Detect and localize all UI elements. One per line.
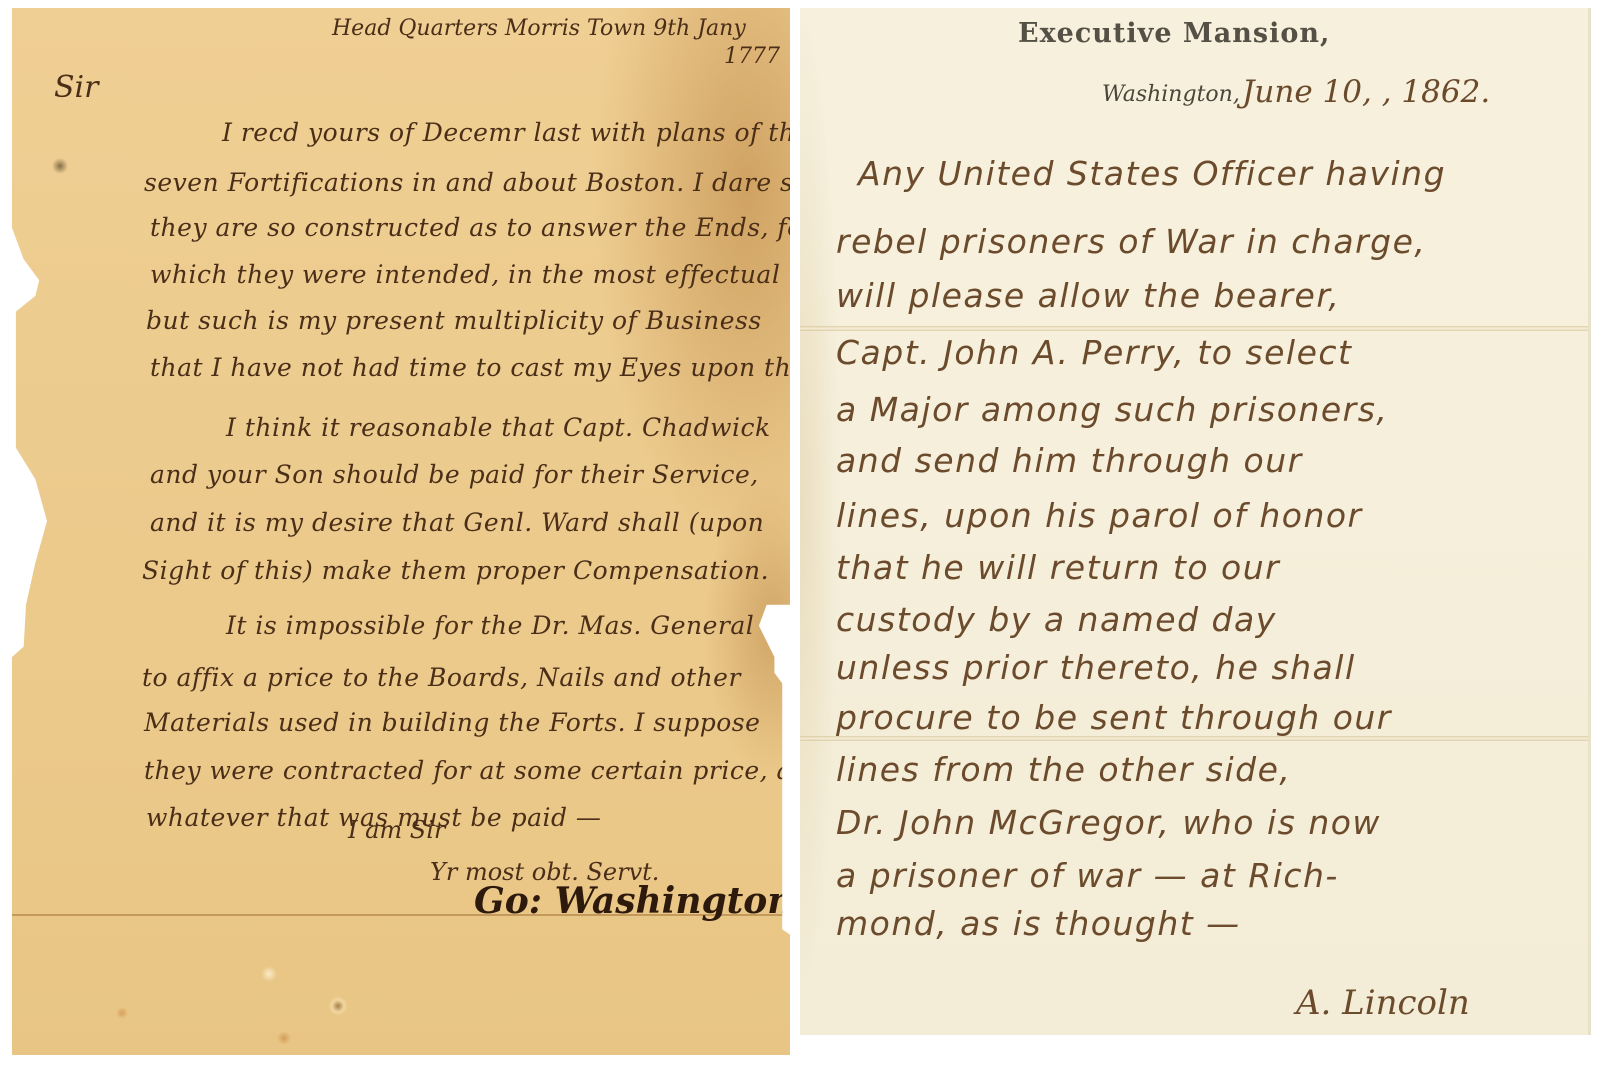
body-line: I recd yours of Decemr last with plans o… bbox=[222, 118, 811, 147]
body-line: mond, as is thought — bbox=[836, 904, 1241, 943]
washington-letter-page: Head Quarters Morris Town 9th Jany 1777 … bbox=[12, 8, 790, 1055]
body-line: that I have not had time to cast my Eyes… bbox=[150, 353, 831, 382]
body-line: rebel prisoners of War in charge, bbox=[836, 222, 1426, 261]
letter-place: Washington, bbox=[1102, 82, 1240, 107]
body-line: Any United States Officer having bbox=[858, 154, 1446, 193]
letter-year: 1777 bbox=[724, 44, 780, 69]
closing-line: I am Sir bbox=[348, 816, 445, 844]
body-line: that he will return to our bbox=[836, 548, 1280, 587]
body-line: a prisoner of war — at Rich- bbox=[836, 856, 1339, 895]
paper-fold-line bbox=[800, 326, 1588, 331]
signature-washington: Go: Washington bbox=[474, 880, 793, 922]
signature-lincoln: A. Lincoln bbox=[1296, 983, 1470, 1023]
body-line: lines, upon his parol of honor bbox=[836, 496, 1363, 535]
body-line: Capt. John A. Perry, to select bbox=[836, 333, 1353, 372]
salutation: Sir bbox=[54, 70, 99, 105]
body-line: Materials used in building the Forts. I … bbox=[144, 708, 760, 737]
body-line: they were contracted for at some certain… bbox=[144, 756, 825, 785]
body-line: Sight of this) make them proper Compensa… bbox=[142, 556, 769, 585]
body-line: Dr. John McGregor, who is now bbox=[836, 803, 1381, 842]
body-line: I think it reasonable that Capt. Chadwic… bbox=[226, 413, 771, 442]
body-line: which they were intended, in the most ef… bbox=[150, 260, 889, 289]
letter-date: June 10, , 1862. bbox=[1242, 74, 1490, 110]
body-line: procure to be sent through our bbox=[836, 698, 1392, 737]
body-line: lines from the other side, bbox=[836, 750, 1291, 789]
letterhead: Executive Mansion, bbox=[1018, 18, 1330, 49]
lincoln-letter-page: Executive Mansion, Washington, June 10, … bbox=[800, 8, 1591, 1035]
body-line: will please allow the bearer, bbox=[836, 276, 1340, 315]
body-line: but such is my present multiplicity of B… bbox=[146, 306, 762, 335]
body-line: to affix a price to the Boards, Nails an… bbox=[142, 663, 741, 692]
body-line: and send him through our bbox=[836, 441, 1303, 480]
body-line: and it is my desire that Genl. Ward shal… bbox=[150, 508, 764, 537]
body-line: unless prior thereto, he shall bbox=[836, 648, 1356, 687]
body-line: a Major among such prisoners, bbox=[836, 390, 1388, 429]
body-line: It is impossible for the Dr. Mas. Genera… bbox=[226, 611, 754, 640]
letter-heading: Head Quarters Morris Town 9th Jany bbox=[332, 16, 746, 41]
body-line: and your Son should be paid for their Se… bbox=[150, 460, 759, 489]
body-line: seven Fortifications in and about Boston… bbox=[144, 168, 823, 197]
body-line: custody by a named day bbox=[836, 600, 1277, 639]
body-line: they are so constructed as to answer the… bbox=[150, 213, 815, 242]
